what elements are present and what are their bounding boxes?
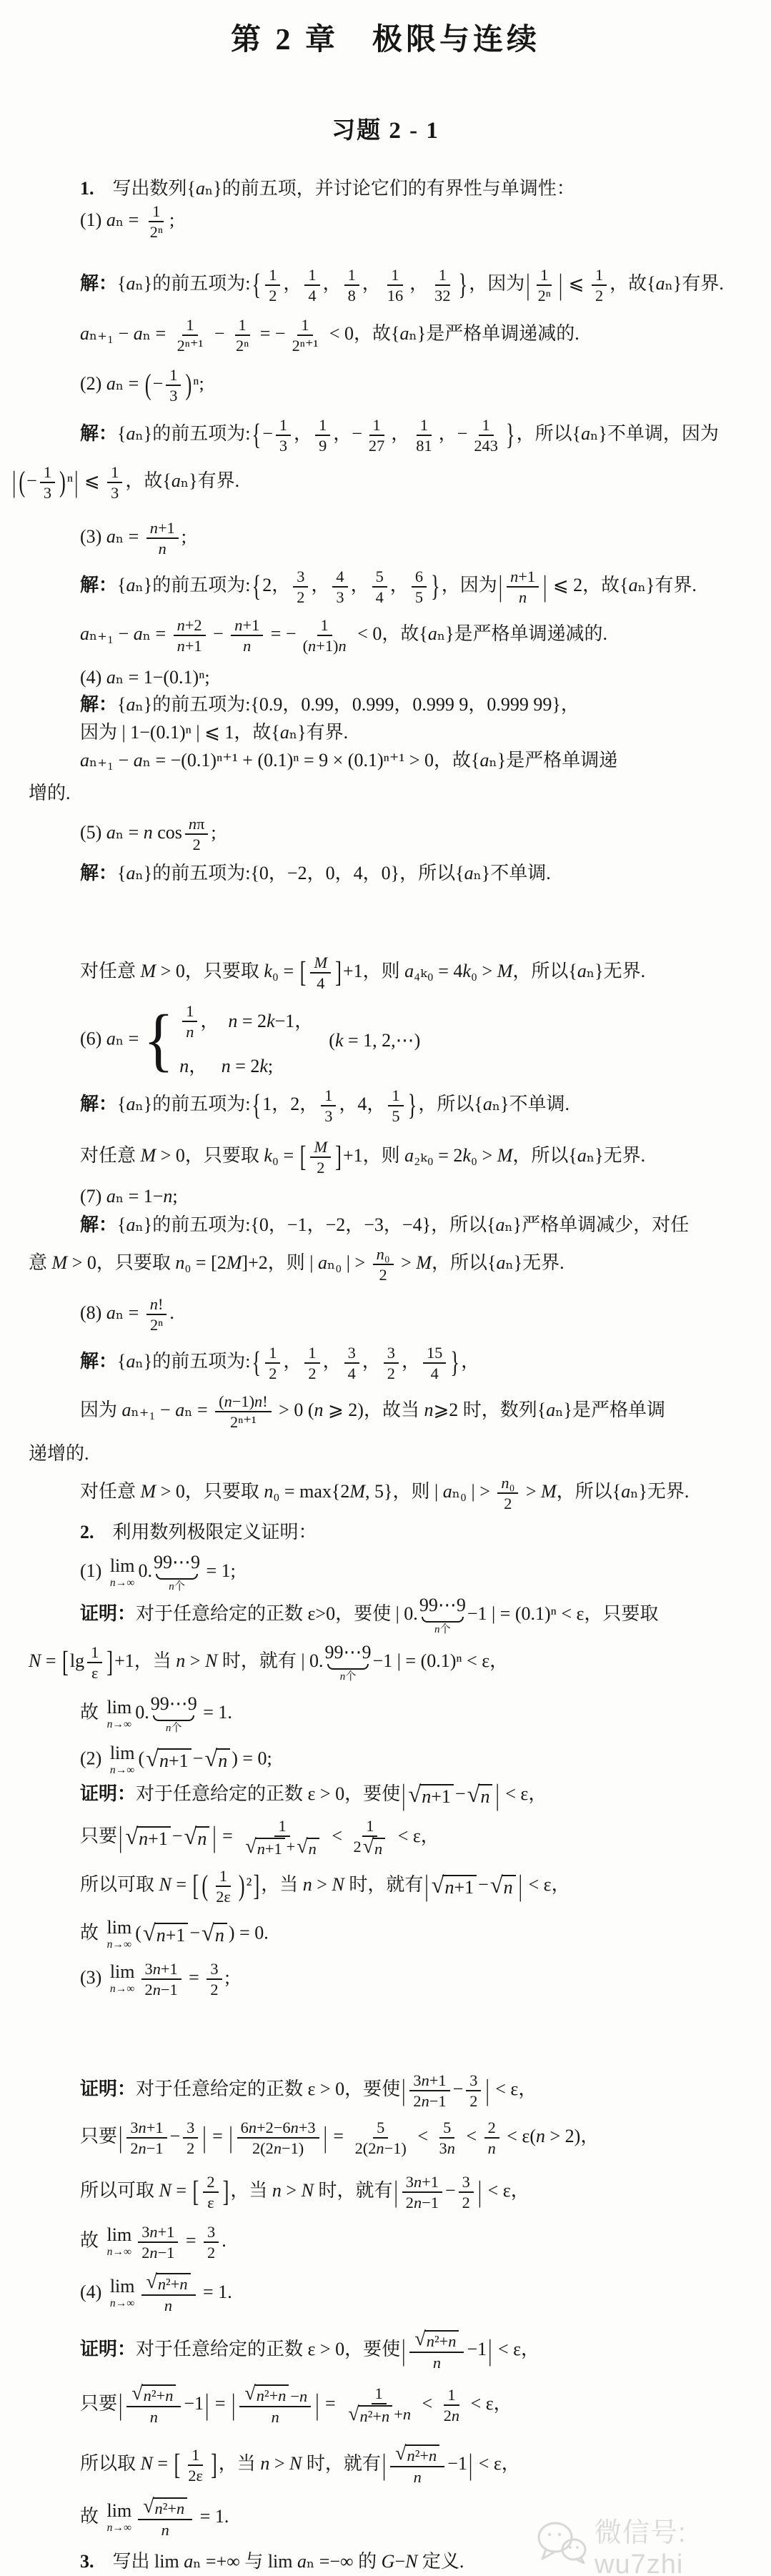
text-run: aₙ₊₁ − aₙ = <box>80 623 171 644</box>
bold-text: 3. <box>80 2551 94 2572</box>
delimiter: | <box>229 2118 232 2157</box>
text-run: < ε(n > 2)， <box>502 2126 600 2146</box>
fraction: 13 <box>40 463 55 502</box>
denominator: 2 <box>376 1265 391 1284</box>
text-run: 因为 | 1−(0.1)ⁿ | ⩽ 1，故{aₙ}有界. <box>80 722 348 743</box>
fraction: 1(n+1)n <box>299 616 350 655</box>
text-run: ⁿ; <box>193 373 204 394</box>
denominator: ε <box>88 1663 101 1682</box>
limit: limn→∞ <box>107 2226 132 2258</box>
fraction: 1243 <box>470 416 502 455</box>
numerator: n+1 <box>231 616 263 636</box>
lim-text: lim <box>107 2502 132 2520</box>
numerator: 1 <box>321 1086 336 1106</box>
delimiter: { <box>252 265 261 304</box>
denominator: 2ⁿ <box>146 222 166 241</box>
section-heading: 习题 2 - 1 <box>0 112 771 145</box>
cases-row: 1n， n = 2k−1， <box>179 1002 313 1041</box>
delimiter: [ <box>174 2445 181 2485</box>
text-line: 解：{aₙ}的前五项为:{12，12，34，32，154}， <box>80 1344 479 1382</box>
text-run: (6) aₙ = <box>80 1029 144 1049</box>
lim-subscript: n→∞ <box>107 2522 132 2534</box>
text-run: +1，当 n > N 时，就有 | 0. <box>114 1650 323 1671</box>
limit: limn→∞ <box>107 1698 132 1730</box>
bold-text: 解： <box>80 863 117 883</box>
text-line: (2) aₙ = (−13)ⁿ; <box>80 366 204 405</box>
numerator: 1 <box>149 202 164 222</box>
numerator: 1 <box>344 266 359 286</box>
text-run: + <box>287 1838 296 1856</box>
cases: {1n， n = 2k−1，n， n = 2k;(k = 1, 2,⋯) <box>144 1002 421 1079</box>
text-run: = 1; <box>202 1560 236 1581</box>
denominator: 4 <box>313 974 328 992</box>
watermark: 微信号: wu7zhi <box>536 2510 771 2576</box>
text-run: − <box>193 1748 204 1769</box>
text-run: < <box>417 2393 437 2414</box>
text-run: ， <box>294 423 312 444</box>
brace-delimiter: { <box>144 1009 174 1072</box>
fraction: 1√n+1+√n <box>240 1817 324 1858</box>
limit: limn→∞ <box>107 2502 132 2534</box>
fraction: 12 <box>265 1344 280 1382</box>
delimiter: } <box>506 415 515 455</box>
delimiter: | <box>526 265 529 304</box>
text-run: < <box>327 1826 347 1846</box>
text-line: aₙ₊₁ − aₙ = n+2n+1 − n+1n = −1(n+1)n < 0… <box>80 616 607 655</box>
text-run: ， <box>311 575 329 595</box>
text-run: − <box>209 623 229 644</box>
denominator: n <box>146 2407 161 2426</box>
text-line: 解：{aₙ}的前五项为:{0，−1，−2，−3，−4}，所以{aₙ}严格单调减少… <box>80 1212 689 1237</box>
bold-text: 1. <box>80 178 94 199</box>
bold-text: 2. <box>80 1522 94 1542</box>
text-run: −n <box>290 2387 307 2405</box>
delimiter: | <box>212 1818 216 1857</box>
numerator: 3n+1 <box>138 2223 178 2243</box>
bold-text: 解： <box>80 273 117 294</box>
numerator: 1 <box>479 416 494 436</box>
underbrace-label: n个 <box>166 1723 182 1735</box>
sqrt: √n <box>467 1784 493 1808</box>
text-run: = − <box>255 323 285 344</box>
radicand: n <box>195 1826 209 1850</box>
text-run: ， <box>323 1351 342 1372</box>
text-line: (4) limn→∞√n²+nn = 1. <box>80 2273 232 2314</box>
text-line: 解：{aₙ}的前五项为:{12，14，18，116，132}，因为|12ⁿ| ⩽… <box>80 266 724 304</box>
fraction: 181 <box>412 416 435 455</box>
fraction: n+2n+1 <box>174 616 206 655</box>
numerator: √n²+n <box>126 2384 181 2407</box>
text-run: ，因为 <box>469 273 524 294</box>
delimiter: ] <box>335 1137 342 1176</box>
fraction: 52(2n−1) <box>352 2119 410 2157</box>
numerator: 1 <box>188 2446 203 2466</box>
delimiter: | <box>485 2071 489 2110</box>
numerator: 15 <box>423 1344 446 1364</box>
text-run: 只要 <box>80 1826 117 1846</box>
text-run: (4) aₙ = 1−(0.1)ⁿ; <box>80 667 210 688</box>
text-run: ， <box>409 273 428 294</box>
denominator: 4 <box>304 286 319 304</box>
text-run: 增的. <box>29 783 71 803</box>
text-line: 解：{aₙ}的前五项为:{−13，19，−127，181，−1243}，所以{a… <box>80 416 719 455</box>
text-run: 所以可取 N = <box>80 1874 191 1895</box>
delimiter: ] <box>211 2445 217 2485</box>
denominator: 2ⁿ <box>146 1315 166 1334</box>
delimiter: | <box>402 2071 405 2110</box>
lim-text: lim <box>110 2277 135 2296</box>
text-run: 0. <box>139 1560 153 1581</box>
sqrt: √n+1 <box>143 1923 189 1946</box>
underbrace-content: 99⋯9 <box>154 1552 200 1573</box>
text-run: ， <box>461 1351 479 1372</box>
denominator: 32 <box>431 286 454 304</box>
text-line: (8) aₙ = n!2ⁿ. <box>80 1295 174 1334</box>
sqrt: √n²+n <box>395 2444 439 2465</box>
text-line: N = [lg1ε]+1，当 n > N 时，就有 | 0.99⋯9n个−1 |… <box>29 1643 508 1683</box>
text-line: (3) aₙ = n+1n; <box>80 519 186 558</box>
text-run: 对于任意给定的正数 ε > 0，要使 <box>136 2339 400 2359</box>
underbrace-glyph <box>422 1617 464 1623</box>
delimiter: | <box>488 2331 492 2370</box>
denominator: 2ⁿ⁺¹ <box>174 336 207 355</box>
text-run: aₙ₊₁ − aₙ = <box>80 323 171 344</box>
numerator: 3 <box>183 2119 198 2139</box>
delimiter: | <box>478 2172 482 2211</box>
text-run: (2) <box>80 1748 106 1769</box>
denominator: 2 <box>293 588 308 606</box>
fraction: 13 <box>321 1086 336 1125</box>
numerator: 1 <box>265 266 280 286</box>
text-run: < <box>413 2126 433 2146</box>
text-run: < ε， <box>483 2180 529 2201</box>
text-run: ，4， <box>339 1094 385 1114</box>
text-run: ， <box>362 273 381 294</box>
text-line: 对任意 M > 0，只要取 k₀ = [M2]+1，则 a₂ₖ₀ = 2k₀ >… <box>80 1138 645 1176</box>
text-line: 故 limn→∞0.99⋯9n个 = 1. <box>80 1694 232 1734</box>
fraction: n+1n <box>507 568 539 606</box>
lim-subscript: n→∞ <box>107 1718 132 1730</box>
text-line: (1) limn→∞0.99⋯9n个 = 1; <box>80 1552 236 1592</box>
numerator: 1 <box>297 316 312 336</box>
delimiter: | <box>324 2118 327 2157</box>
numerator: 3 <box>384 1344 399 1364</box>
denominator: (n+1)n <box>299 636 350 655</box>
denominator: 2 <box>204 2243 219 2262</box>
numerator: 3 <box>466 2071 481 2091</box>
text-run: 递增的. <box>29 1443 89 1464</box>
limit: limn→∞ <box>107 1918 132 1951</box>
numerator: 1 <box>182 316 197 336</box>
text-run: 写出 lim aₙ =+∞ 与 lim aₙ =−∞ 的 G−N 定义. <box>94 2551 464 2572</box>
delimiter: ) <box>185 365 191 405</box>
text-run: < <box>462 2126 482 2146</box>
numerator: n₀ <box>497 1474 518 1494</box>
denominator: 4 <box>427 1364 442 1382</box>
sqrt: √n²+n <box>146 2273 191 2294</box>
delimiter: [ <box>300 953 307 992</box>
denominator: 3 <box>276 436 291 455</box>
text-run: (5) aₙ = n cos <box>80 822 182 843</box>
delimiter: | <box>394 2172 397 2211</box>
denominator: 2 <box>592 286 607 304</box>
numerator: 5 <box>439 2119 454 2139</box>
delimiter: [ <box>193 2172 199 2211</box>
text-run: ，所以{aₙ}不单调，因为 <box>517 423 719 444</box>
numerator: √n²+n <box>390 2444 444 2467</box>
delimiter: | <box>12 462 16 502</box>
text-line: 故 limn→∞3n+12n−1 = 32. <box>80 2223 227 2262</box>
text-run: +1，则 a₂ₖ₀ = 2k₀ > M，所以{aₙ}无界. <box>343 1145 645 1166</box>
delimiter: ) <box>239 1866 245 1906</box>
underbrace-content: 99⋯9 <box>419 1595 466 1616</box>
fraction: 1ε <box>87 1643 102 1682</box>
fraction: 3n+12n−1 <box>141 1960 181 1998</box>
denominator: 2 <box>183 2139 198 2157</box>
text-run: = <box>329 2126 349 2146</box>
fraction: 116 <box>384 266 407 304</box>
fraction: n+1n <box>146 519 179 558</box>
text-line: 对任意 M > 0，只要取 k₀ = [M4]+1，则 a₄ₖ₀ = 4k₀ >… <box>80 953 645 992</box>
delimiter: { <box>252 567 261 606</box>
sqrt: √n+1 <box>245 1838 284 1858</box>
text-run: 对任意 M > 0，只要取 n₀ = max{2M, 5}，则 | aₙ₀ | … <box>80 1481 494 1502</box>
denominator: 5 <box>388 1106 403 1125</box>
radicand: n+1 <box>419 1784 454 1808</box>
fraction: 34 <box>344 1344 359 1382</box>
text-line: 证明：对于任意给定的正数 ε > 0，要使|√n²+nn−1| < ε， <box>80 2330 539 2372</box>
denominator: 3n <box>436 2139 459 2157</box>
fraction: n₀2 <box>497 1474 518 1512</box>
bold-text: 解： <box>80 694 117 715</box>
numerator: 3 <box>293 568 308 588</box>
text-run: − <box>445 2180 456 2201</box>
fraction: 3n+12n−1 <box>402 2173 442 2211</box>
denominator: 3 <box>321 1106 336 1125</box>
text-run: ( <box>139 1748 145 1769</box>
fraction: 12ⁿ⁺¹ <box>174 316 207 355</box>
lim-text: lim <box>107 1698 132 1717</box>
fraction: 13 <box>276 416 291 455</box>
delimiter: ] <box>335 953 342 992</box>
numerator: n₀ <box>373 1245 394 1265</box>
fraction: √n²+nn <box>141 2273 196 2314</box>
text-run: = <box>210 2393 230 2414</box>
fraction: 12 <box>265 266 280 304</box>
fraction: 12ⁿ <box>534 266 554 304</box>
numerator: 2 <box>203 2173 218 2193</box>
text-run: 写出数列{aₙ}的前五项，并讨论它们的有界性与单调性： <box>94 178 575 199</box>
numerator: n+1 <box>146 519 179 539</box>
numerator: 1 <box>537 266 552 286</box>
limit: limn→∞ <box>110 1744 135 1776</box>
text-run: ，故{aₙ}有界. <box>125 470 239 491</box>
bold-text: 解： <box>80 1214 117 1235</box>
fraction: 43 <box>332 568 347 606</box>
text-run: 故 <box>80 1923 104 1943</box>
text-run: = <box>321 2393 341 2414</box>
fraction: 12ⁿ <box>232 316 252 355</box>
text-line: 故 limn→∞(√n+1−√n) = 0. <box>80 1918 269 1951</box>
sqrt: √n+1 <box>146 1748 191 1772</box>
text-run: −1 <box>467 2339 487 2359</box>
denominator: 4 <box>372 588 387 606</box>
text-run: = 1. <box>199 2282 232 2302</box>
denominator: 3 <box>166 386 181 405</box>
denominator: 4 <box>344 1364 359 1382</box>
numerator: 3n+1 <box>126 2119 166 2139</box>
text-run: − <box>172 1826 183 1846</box>
sqrt: √n <box>204 1748 230 1772</box>
numerator: 1 <box>235 316 250 336</box>
text-run: 0. <box>135 1702 149 1723</box>
lim-subscript: n→∞ <box>110 1983 135 1995</box>
text-run: {aₙ}的前五项为:{0.9，0.99，0.999，0.999 9，0.999 … <box>117 694 580 715</box>
underbrace-glyph <box>153 1715 195 1721</box>
numerator: 1 <box>87 1643 102 1663</box>
denominator: ε <box>204 2193 217 2211</box>
denominator: 2ⁿ <box>232 336 252 355</box>
text-run: {aₙ}的前五项为: <box>117 1351 250 1372</box>
text-line: (4) aₙ = 1−(0.1)ⁿ; <box>80 665 210 690</box>
text-line: (1) aₙ = 12ⁿ; <box>80 202 174 241</box>
underbrace-label: n个 <box>434 1624 451 1636</box>
numerator: 1 <box>40 463 55 483</box>
lim-text: lim <box>110 1744 135 1763</box>
denominator: 2 <box>265 1364 280 1382</box>
text-run: ， <box>323 273 342 294</box>
text-run: (3) <box>80 1967 106 1988</box>
denominator: 2n−1 <box>138 2243 178 2262</box>
fraction: 53n <box>436 2119 459 2157</box>
fraction: 32 <box>466 2071 481 2110</box>
radicand: n <box>307 1838 319 1858</box>
delimiter: | <box>205 2385 209 2424</box>
sqrt: √n²+n <box>244 2384 289 2405</box>
text-run: < ε， <box>493 2339 539 2359</box>
bold-text: 证明： <box>80 2079 136 2099</box>
fraction: 13 <box>107 463 122 502</box>
text-run: = <box>208 2126 228 2146</box>
text-run: − <box>189 1923 200 1943</box>
text-run: ⩽ 2，故{aₙ}有界. <box>548 575 697 595</box>
text-run: ， <box>402 1351 420 1372</box>
text-line: (5) aₙ = n cosnπ2; <box>80 815 217 853</box>
numerator: (n−1)n! <box>215 1392 272 1412</box>
denominator: 2ⁿ⁺¹ <box>289 336 322 355</box>
text-run: −1 <box>184 2393 204 2414</box>
fraction: (n−1)n!2ⁿ⁺¹ <box>215 1392 272 1431</box>
text-run: 所以可取 N = <box>80 2180 191 2201</box>
denominator: √n²+n+n <box>343 2404 414 2426</box>
sqrt: √n <box>363 1838 386 1858</box>
fraction: 3n+12n−1 <box>138 2223 178 2262</box>
radicand: n+1 <box>255 1838 285 1858</box>
delimiter: ( <box>145 365 151 405</box>
numerator: √n²+n <box>138 2497 192 2520</box>
delimiter: | <box>232 2385 235 2424</box>
delimiter: | <box>315 2385 319 2424</box>
text-run: ; <box>181 526 186 547</box>
text-run: 所以取 N = <box>80 2453 173 2474</box>
delimiter: ] <box>106 1643 113 1682</box>
text-run: (1) aₙ = <box>80 209 144 230</box>
numerator: 5 <box>373 2119 388 2139</box>
fraction: n₀2 <box>373 1245 394 1284</box>
delimiter: | <box>543 567 547 606</box>
text-run: −1 <box>447 2453 467 2474</box>
fraction: 2n <box>484 2119 499 2157</box>
text-run: < ε， <box>524 1874 570 1895</box>
text-line: aₙ₊₁ − aₙ = −(0.1)ⁿ⁺¹ + (0.1)ⁿ = 9 × (0.… <box>80 748 617 773</box>
text-run: . <box>169 1302 174 1323</box>
fraction: √n²+nn <box>126 2384 181 2426</box>
fraction: M4 <box>310 953 331 992</box>
denominator: n <box>182 1022 197 1041</box>
bold-text: 证明： <box>80 2339 136 2359</box>
numerator: 1 <box>182 1002 197 1022</box>
numerator: n! <box>146 1295 167 1315</box>
fraction: 15 <box>388 1086 403 1125</box>
denominator: n <box>155 539 170 558</box>
text-run: . <box>222 2230 227 2251</box>
denominator: 2 <box>459 2193 474 2211</box>
text-run: = − <box>266 623 296 644</box>
delimiter: | <box>402 1775 405 1815</box>
fraction: n+1n <box>231 616 263 655</box>
text-run: ，当 n > N 时，就有 <box>219 2453 381 2474</box>
denominator: 2ε <box>212 1887 234 1906</box>
radicand: n²+n <box>153 2497 188 2518</box>
numerator: 1 <box>315 416 330 436</box>
delimiter: } <box>408 1086 417 1125</box>
text-run: < 0，故{aₙ}是严格单调递减的. <box>324 323 579 344</box>
text-run: 2 <box>354 1838 362 1856</box>
fraction: 54 <box>372 568 387 606</box>
numerator: 3n+1 <box>141 1960 181 1980</box>
denominator: 2√n <box>350 1837 391 1858</box>
textbook-page: 第 2 章 极限与连续 习题 2 - 1 1. 写出数列{aₙ}的前五项，并讨论… <box>0 0 771 2576</box>
numerator: 3n+1 <box>409 2071 449 2091</box>
text-run: < 0，故{aₙ}是严格单调递减的. <box>353 623 607 644</box>
text-run: (4) <box>80 2282 106 2302</box>
denominator: n <box>158 2520 173 2539</box>
denominator: 2 <box>384 1364 399 1382</box>
underbrace: 99⋯9n个 <box>325 1643 372 1683</box>
limit: limn→∞ <box>110 1557 135 1589</box>
text-line: (7) aₙ = 1−n; <box>80 1184 178 1209</box>
numerator: √n²+n <box>409 2330 464 2353</box>
text-line: (6) aₙ = {1n， n = 2k−1，n， n = 2k;(k = 1,… <box>80 1002 420 1079</box>
text-line: 解：{aₙ}的前五项为:{2，32，43，54，65}，因为|n+1n| ⩽ 2… <box>80 568 697 606</box>
radicand: n <box>478 1784 492 1808</box>
underbrace-label: n个 <box>340 1671 357 1683</box>
text-run: 故 <box>80 1702 104 1723</box>
fraction: 12n <box>440 2386 463 2424</box>
fraction: 12 <box>592 266 607 304</box>
numerator: 3n+1 <box>402 2173 442 2193</box>
denominator: 2n−1 <box>402 2193 442 2211</box>
delimiter: | <box>119 2385 122 2424</box>
fraction: 32 <box>183 2119 198 2157</box>
denominator: 2(2n−1) <box>352 2139 410 2157</box>
text-run: (1) <box>80 1560 106 1581</box>
cases-suffix: (k = 1, 2,⋯) <box>329 1028 420 1053</box>
numerator: n+1 <box>507 568 539 588</box>
text-line: 只要|3n+12n−1−32| = |6n+2−6n+32(2n−1)| = 5… <box>80 2119 599 2157</box>
text-run: ， <box>351 575 369 595</box>
text-run: 1，2， <box>262 1094 318 1114</box>
